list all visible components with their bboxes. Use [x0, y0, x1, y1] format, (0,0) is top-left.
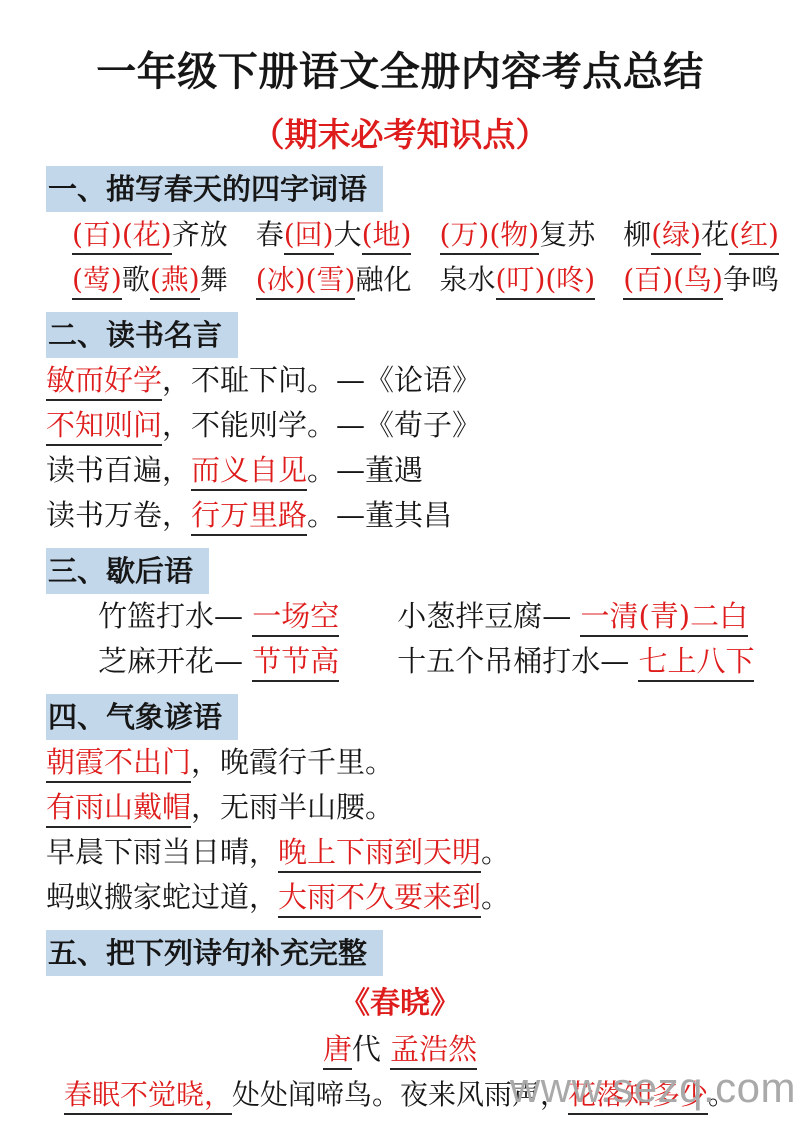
proverb-line: 早晨下雨当日晴，晚上下雨到天明。: [46, 830, 754, 875]
text-segment: [595, 263, 623, 296]
text-segment: 。—董遇: [307, 453, 423, 487]
text-segment: [228, 263, 256, 296]
section-heading: 一、描写春天的四字词语: [46, 166, 383, 212]
section-heading-row: 五、把下列诗句补充完整: [46, 920, 754, 976]
xiehouyu-line: 竹篮打水— 一场空 小葱拌豆腐— 一清(青)二白: [46, 594, 754, 639]
quote-line: 读书百遍，而义自见。—董遇: [46, 448, 754, 493]
section-heading-row: 二、读书名言: [46, 302, 754, 358]
text-segment: (红): [729, 218, 779, 255]
text-segment: (绿): [651, 218, 701, 255]
watermark: www.sezq.com: [510, 1064, 796, 1112]
page-title: 一年级下册语文全册内容考点总结: [46, 0, 754, 98]
page-subtitle: （期末必考知识点）: [46, 114, 754, 156]
section-heading: 四、气象谚语: [46, 694, 238, 740]
text-segment: (百)(鸟): [623, 263, 723, 300]
word-row: (莺)歌(燕)舞 (冰)(雪)融化 泉水(叮)(咚) (百)(鸟)争鸣: [46, 257, 754, 302]
section-heading-row: 四、气象谚语: [46, 684, 754, 740]
text-segment: (万)(物): [440, 218, 540, 255]
text-segment: 朝霞不出门: [46, 745, 191, 783]
quote-line: 读书万卷，行万里路。—董其昌: [46, 493, 754, 538]
text-segment: 泉水: [440, 263, 496, 296]
text-segment: ，晚霞行千里。: [191, 745, 394, 779]
text-segment: (莺): [72, 263, 122, 300]
word-row: (百)(花)齐放 春(回)大(地) (万)(物)复苏 柳(绿)花(红): [46, 212, 754, 257]
quote-line: 敏而好学，不耻下问。—《论语》: [46, 358, 754, 403]
text-segment: 读书万卷，: [46, 498, 191, 532]
text-segment: 孟浩然: [390, 1032, 477, 1070]
section-weather-proverbs: 四、气象谚语 朝霞不出门，晚霞行千里。 有雨山戴帽，无雨半山腰。 早晨下雨当日晴…: [46, 684, 754, 920]
text-segment: 十五个吊桶打水—: [339, 644, 638, 678]
text-segment: 大雨不久要来到: [278, 880, 481, 918]
section-spring-words: 一、描写春天的四字词语 (百)(花)齐放 春(回)大(地) (万)(物)复苏 柳…: [46, 156, 754, 302]
section-heading: 三、歇后语: [46, 548, 209, 594]
text-segment: ，无雨半山腰。: [191, 790, 394, 824]
text-segment: 争鸣: [723, 263, 779, 296]
text-segment: 。: [481, 880, 510, 914]
proverb-line: 有雨山戴帽，无雨半山腰。: [46, 785, 754, 830]
text-segment: 。: [481, 835, 510, 869]
text-segment: (百)(花): [72, 218, 172, 255]
text-segment: 代: [352, 1032, 390, 1066]
text-segment: 小葱拌豆腐—: [339, 599, 580, 633]
text-segment: (燕): [150, 263, 200, 300]
text-segment: 春: [256, 218, 284, 251]
section-heading-row: 三、歇后语: [46, 538, 754, 594]
section-reading-quotes: 二、读书名言 敏而好学，不耻下问。—《论语》 不知则问，不能则学。—《荀子》 读…: [46, 302, 754, 538]
text-segment: 敏而好学: [46, 363, 162, 401]
text-segment: 竹篮打水—: [98, 599, 252, 633]
text-segment: 蚂蚁搬家蛇过道，: [46, 880, 278, 914]
section-heading: 二、读书名言: [46, 312, 238, 358]
text-segment: 七上八下: [638, 644, 754, 682]
text-segment: (地): [362, 218, 412, 255]
text-segment: (叮)(咚): [496, 263, 596, 300]
text-segment: 春眠不觉晓，: [64, 1078, 232, 1115]
text-segment: 晚上下雨到天明: [278, 835, 481, 873]
text-segment: 行万里路: [191, 498, 307, 536]
section-heading-row: 一、描写春天的四字词语: [46, 156, 754, 212]
section-heading: 五、把下列诗句补充完整: [46, 930, 383, 976]
xiehouyu-line: 芝麻开花— 节节高 十五个吊桶打水— 七上八下: [46, 639, 754, 684]
poem-title: 《春晓》: [46, 984, 754, 1024]
text-segment: 复苏: [539, 218, 595, 251]
text-segment: 舞: [200, 263, 228, 296]
text-segment: 早晨下雨当日晴，: [46, 835, 278, 869]
text-segment: 花: [701, 218, 729, 251]
text-segment: [228, 218, 256, 251]
text-segment: 唐: [323, 1032, 352, 1070]
proverb-line: 蚂蚁搬家蛇过道，大雨不久要来到。: [46, 875, 754, 920]
text-segment: ，不耻下问。—《论语》: [162, 363, 481, 397]
text-segment: 融化: [355, 263, 411, 296]
text-segment: [411, 218, 439, 251]
text-segment: (回): [284, 218, 334, 255]
text-segment: 芝麻开花—: [98, 644, 252, 678]
section-xiehouyu: 三、歇后语 竹篮打水— 一场空 小葱拌豆腐— 一清(青)二白 芝麻开花— 节节高…: [46, 538, 754, 684]
text-segment: 而义自见: [191, 453, 307, 491]
worksheet-page: 一年级下册语文全册内容考点总结 （期末必考知识点） 一、描写春天的四字词语 (百…: [0, 0, 800, 1132]
text-segment: 齐放: [172, 218, 228, 251]
text-segment: 一清(青)二白: [580, 599, 748, 637]
text-segment: 节节高: [252, 644, 339, 682]
text-segment: (冰)(雪): [256, 263, 356, 300]
text-segment: ，不能则学。—《荀子》: [162, 408, 481, 442]
text-segment: 有雨山戴帽: [46, 790, 191, 828]
text-segment: 柳: [623, 218, 651, 251]
text-segment: 一场空: [252, 599, 339, 637]
text-segment: [411, 263, 439, 296]
text-segment: 大: [334, 218, 362, 251]
quote-line: 不知则问，不能则学。—《荀子》: [46, 403, 754, 448]
text-segment: 。—董其昌: [307, 498, 452, 532]
text-segment: 读书百遍，: [46, 453, 191, 487]
text-segment: 歌: [122, 263, 150, 296]
text-segment: 不知则问: [46, 408, 162, 446]
proverb-line: 朝霞不出门，晚霞行千里。: [46, 740, 754, 785]
text-segment: [595, 218, 623, 251]
